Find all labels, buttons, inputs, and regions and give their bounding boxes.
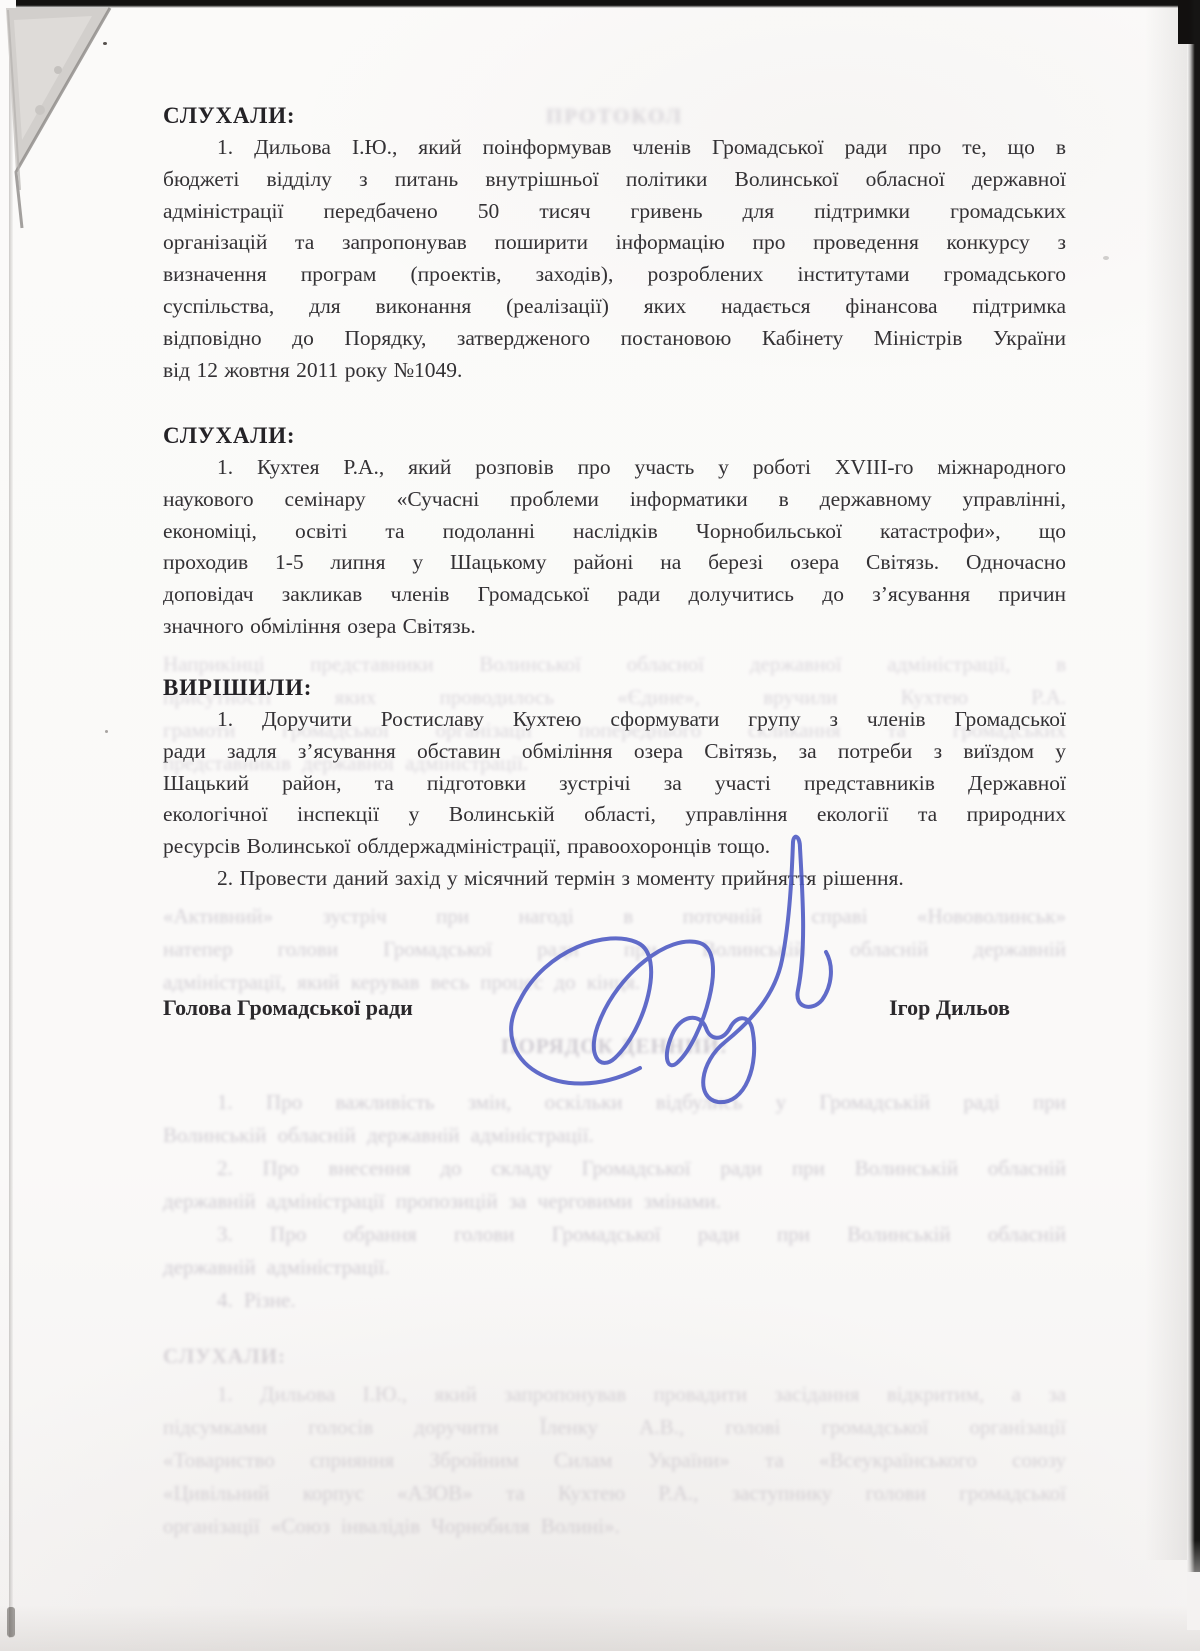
scan-edge-top [16,0,1200,8]
text-line: 1. Кухтея Р.А., який розповів про участь… [163,452,1066,484]
section-paragraph: 1. Кухтея Р.А., який розповів про участь… [163,452,1066,643]
text-line: проходив 1-5 липня у Шацькому районі на … [163,547,1066,579]
ghost-line: 4. Різне. [163,1284,1066,1317]
scan-speck [105,730,108,733]
text-line: доповідач закликав членів Громадської ра… [163,579,1066,611]
text-line: ради задля з’ясування обставин обміління… [163,736,1066,768]
signer-name: Ігор Дильов [889,995,1010,1021]
ghost-line: 1. Дильова І.Ю., який запропонував прова… [163,1378,1066,1411]
ghost-line: 3. Про обрання голови Громадської ради п… [163,1218,1066,1251]
ghost-line: організації «Союз інвалідів Чорнобиля Во… [163,1510,1066,1543]
section-heading: СЛУХАЛИ: [163,420,1066,452]
text-line: 1. Дильова І.Ю., який поінформував члені… [163,132,1066,164]
ghost-line: «Товариство сприяння Збройним Силам Укра… [163,1444,1066,1477]
text-line: наукового семінару «Сучасні проблеми інф… [163,484,1066,516]
scan-edge-nub [7,1607,15,1637]
text-line: адміністрації передбачено 50 тисяч гриве… [163,196,1066,228]
text-line: бюджеті відділу з питань внутрішньої пол… [163,164,1066,196]
text-line: економіці, освіті та подоланні наслідків… [163,516,1066,548]
scan-edge-left [9,8,13,1638]
ghost-line: підсумками голосів доручити Їленку А.В.,… [163,1411,1066,1444]
text-line: відповідно до Порядку, затвердженого пос… [163,323,1066,355]
section-paragraph: 1. Дильова І.Ю., який поінформував члені… [163,132,1066,386]
scanned-document-page: ПРОТОКОЛ Наприкінці представники Волинсь… [0,0,1200,1651]
section-sluhaly-1: СЛУХАЛИ: 1. Дильова І.Ю., який поінформу… [163,100,1066,386]
section-sluhaly-2: СЛУХАЛИ: 1. Кухтея Р.А., який розповів п… [163,420,1066,643]
text-line: Шацький район, та підготовки зустрічі за… [163,768,1066,800]
scan-speck [1103,256,1109,260]
signer-title: Голова Громадської ради [163,995,413,1021]
text-line: організацій та запропонував поширити інф… [163,227,1066,259]
text-line: 1. Доручити Ростиславу Кухтею сформувати… [163,704,1066,736]
text-line: від 12 жовтня 2011 року №1049. [163,355,1066,387]
ghost-line: 2. Про внесення до складу Громадської ра… [163,1152,1066,1185]
folded-page-corner [0,0,140,230]
scan-edge-right [1187,0,1200,1572]
handwritten-signature [440,815,840,1125]
scan-edge-fade [1187,1540,1200,1630]
bleedthrough-bottom-paragraph: 1. Дильова І.Ю., який запропонував прова… [163,1378,1066,1543]
text-line: суспільства, для виконання (реалізації) … [163,291,1066,323]
section-heading: СЛУХАЛИ: [163,100,1066,132]
scan-edge-shadow [1145,0,1187,1560]
scan-edge-bottom [0,1605,1200,1651]
ghost-line: «Цивільний корпус «АЗОВ» та Кухтею Р.А.,… [163,1477,1066,1510]
ghost-line: державній адміністрації. [163,1251,1066,1284]
section-heading: ВИРІШИЛИ: [163,672,1066,704]
text-line: визначення програм (проектів, заходів), … [163,259,1066,291]
text-line: значного обміління озера Світязь. [163,611,1066,643]
ghost-line: державній адміністрації пропозицій за че… [163,1185,1066,1218]
bleedthrough-sluhaly-heading: СЛУХАЛИ: [163,1344,1066,1369]
